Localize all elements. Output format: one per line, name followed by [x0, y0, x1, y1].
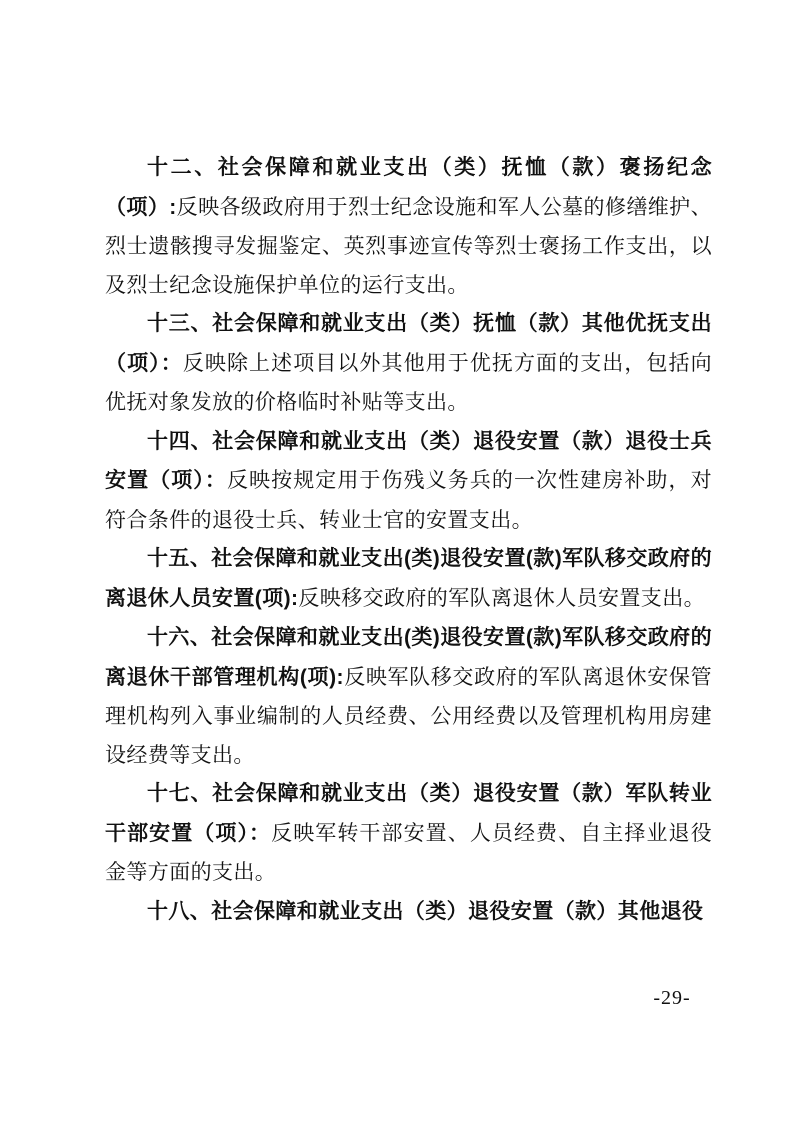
page-number: -29- — [648, 986, 696, 1010]
paragraph-body: 反映移交政府的军队离退休人员安置支出。 — [298, 586, 705, 610]
paragraph-item-17: 十七、社会保障和就业支出（类）退役安置（款）军队转业干部安置（项）：反映军转干部… — [105, 774, 712, 892]
paragraph-body: 反映除上述项目以外其他用于优抚方面的支出，包括向优抚对象发放的价格临时补贴等支出… — [105, 351, 712, 415]
document-page: 十二、社会保障和就业支出（类）抚恤（款）褒扬纪念（项）:反映各级政府用于烈士纪念… — [0, 0, 793, 1122]
paragraph-item-15: 十五、社会保障和就业支出(类)退役安置(款)军队移交政府的离退休人员安置(项):… — [105, 539, 712, 618]
paragraph-item-18: 十八、社会保障和就业支出（类）退役安置（款）其他退役 — [105, 892, 712, 932]
paragraph-item-12: 十二、社会保障和就业支出（类）抚恤（款）褒扬纪念（项）:反映各级政府用于烈士纪念… — [105, 148, 712, 304]
paragraph-item-13: 十三、社会保障和就业支出（类）抚恤（款）其他优抚支出（项）：反映除上述项目以外其… — [105, 304, 712, 422]
paragraph-item-14: 十四、社会保障和就业支出（类）退役安置（款）退役士兵安置（项）：反映按规定用于伤… — [105, 422, 712, 540]
paragraph-body: 反映各级政府用于烈士纪念设施和军人公墓的修缮维护、烈士遗骸搜寻发掘鉴定、英烈事迹… — [105, 195, 712, 297]
document-body: 十二、社会保障和就业支出（类）抚恤（款）褒扬纪念（项）:反映各级政府用于烈士纪念… — [105, 148, 712, 931]
paragraph-item-16: 十六、社会保障和就业支出(类)退役安置(款)军队移交政府的离退休干部管理机构(项… — [105, 618, 712, 774]
paragraph-heading: 十八、社会保障和就业支出（类）退役安置（款）其他退役 — [147, 900, 703, 923]
